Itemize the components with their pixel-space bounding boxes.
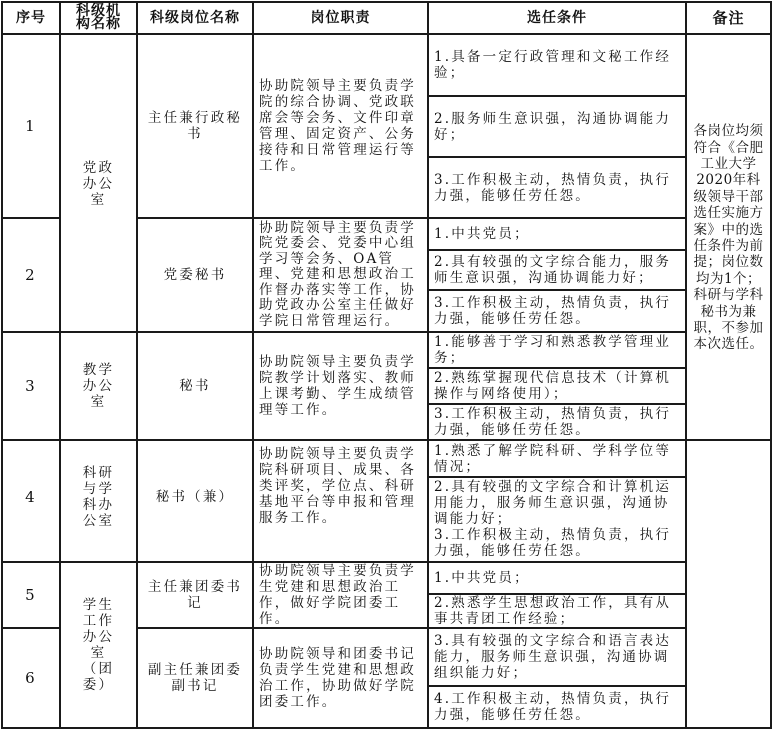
- row-3-condition-2: 2.熟练掌握现代信息技术（计算机操作与网络使用）；: [428, 368, 686, 404]
- header-seq: 序号: [2, 2, 60, 34]
- remarks-cell: 各岗位均须符合《合肥工业大学2020年科级领导干部选任实施方案》中的选任条件为前…: [686, 34, 771, 440]
- row-divider: [137, 627, 686, 629]
- condition-text: 2.熟悉学生思想政治工作，具有从事共青团工作经验；: [434, 595, 682, 627]
- row-6-condition-4: 4.工作积极主动，热情负责，执行力强，能够任劳任怨。: [428, 686, 686, 728]
- seq-number: 6: [25, 670, 37, 686]
- position-name: 秘书（兼）: [156, 489, 235, 505]
- header-duties: 岗位职责: [253, 2, 428, 34]
- condition-text: 1.熟悉了解学院科研、学科学位等情况；: [434, 443, 682, 475]
- condition-divider: [428, 156, 686, 158]
- row-4-position: 秘书（兼）: [137, 440, 253, 562]
- condition-text: 1.具备一定行政管理和文秘工作经验；: [434, 49, 682, 81]
- header-remarks: 备注: [686, 2, 771, 34]
- row-4-seq: 4: [2, 440, 60, 562]
- duties-text: 协助院领导主要负责学院科研项目、成果、各类评奖，学位点、科研基地平台等申报和管理…: [259, 446, 424, 526]
- position-name: 主任兼团委书记: [147, 579, 243, 611]
- row-divider: [137, 217, 428, 219]
- row-1-condition-3: 3.工作积极主动，热情负责，执行力强，能够任劳任怨。: [428, 157, 686, 218]
- row-2-condition-3: 3.工作积极主动，热情负责，执行力强，能够任劳任怨。: [428, 290, 686, 332]
- header-conditions-label: 选任条件: [527, 11, 587, 26]
- row-1-seq: 1: [2, 34, 60, 218]
- condition-text: 2.具有较强的文字综合能力，服务师生意识强，沟通协调能力好；: [434, 254, 682, 286]
- condition-divider: [428, 476, 686, 478]
- position-name: 秘书: [179, 378, 210, 394]
- condition-text: 3.具有较强的文字综合和语言表达能力，服务师生意识强，沟通协调组织能力好；: [434, 633, 682, 681]
- remarks-text: 各岗位均须符合《合肥工业大学2020年科级领导干部选任实施方案》中的选任条件为前…: [693, 123, 765, 353]
- col-divider: [685, 1, 687, 729]
- row-1-condition-1: 1.具备一定行政管理和文秘工作经验；: [428, 34, 686, 96]
- header-org: 科级机构名称: [60, 2, 137, 34]
- row-4-condition-1: 1.熟悉了解学院科研、学科学位等情况；: [428, 440, 686, 477]
- condition-text: 3.工作积极主动，热情负责，执行力强，能够任劳任怨。: [434, 527, 682, 559]
- row-1-condition-2: 2.服务师生意识强，沟通协调能力好；: [428, 96, 686, 157]
- header-position: 科级岗位名称: [137, 2, 253, 34]
- header-duties-label: 岗位职责: [311, 11, 371, 26]
- condition-text: 2.服务师生意识强，沟通协调能力好；: [434, 111, 682, 143]
- org-name: 教学办公室: [76, 362, 121, 410]
- org-party-office: 党政办公室: [60, 34, 137, 332]
- duties-text: 协助院领导主要负责学院的综合协调、党政联席会等会务、文件印章管理、固定资产、公务…: [259, 78, 424, 174]
- seq-number: 2: [25, 267, 37, 283]
- org-student-office: 学生工作办公室（团委）: [60, 562, 137, 728]
- condition-divider: [428, 95, 686, 97]
- row-1-duties: 协助院领导主要负责学院的综合协调、党政联席会等会务、文件印章管理、固定资产、公务…: [253, 34, 428, 218]
- table-border-right: [770, 1, 772, 729]
- condition-text: 3.工作积极主动，热情负责，执行力强，能够任劳任怨。: [434, 172, 682, 204]
- condition-text: 2.熟练掌握现代信息技术（计算机操作与网络使用）；: [434, 370, 682, 402]
- condition-divider: [428, 593, 686, 595]
- duties-text: 协助院领导和团委书记负责学生党建和思想政治工作，协助做好学院团委工作。: [259, 646, 424, 710]
- header-conditions: 选任条件: [428, 2, 686, 34]
- condition-text: 1.中共党员；: [434, 570, 682, 586]
- row-6-duties: 协助院领导和团委书记负责学生党建和思想政治工作，协助做好学院团委工作。: [253, 628, 428, 728]
- condition-text: 1.能够善于学习和熟悉教学管理业务；: [434, 334, 682, 366]
- seq-number: 5: [25, 587, 37, 603]
- row-3-condition-1: 1.能够善于学习和熟悉教学管理业务；: [428, 332, 686, 368]
- condition-divider: [428, 217, 686, 219]
- seq-number: 4: [25, 489, 37, 505]
- row-2-seq: 2: [2, 218, 60, 332]
- row-5-condition-1: 1.中共党员；: [428, 562, 686, 594]
- header-org-label: 科级机构名称: [74, 5, 123, 31]
- condition-divider: [428, 289, 686, 291]
- table-border-top: [2, 1, 772, 3]
- org-teaching-office: 教学办公室: [60, 332, 137, 440]
- col-divider: [427, 1, 429, 729]
- row-divider: [2, 331, 686, 333]
- header-position-label: 科级岗位名称: [150, 11, 240, 26]
- condition-divider: [428, 249, 686, 251]
- row-4-condition-2-3: 2.具有较强的文字综合和计算机运用能力，服务师生意识强，沟通协调能力好； 3.工…: [428, 477, 686, 562]
- row-5-position: 主任兼团委书记: [137, 562, 253, 628]
- position-name: 主任兼行政秘书: [147, 110, 243, 142]
- header-seq-label: 序号: [16, 11, 46, 26]
- condition-text: 3.工作积极主动，热情负责，执行力强，能够任劳任怨。: [434, 406, 682, 438]
- row-5-seq: 5: [2, 562, 60, 628]
- row-2-condition-2: 2.具有较强的文字综合能力，服务师生意识强，沟通协调能力好；: [428, 250, 686, 290]
- row-6-position: 副主任兼团委副书记: [137, 628, 253, 728]
- condition-divider: [428, 685, 686, 687]
- position-table: 序号 科级机构名称 科级岗位名称 岗位职责 选任条件 备注 1 2 3 4 5 …: [0, 0, 774, 731]
- row-3-position: 秘书: [137, 332, 253, 440]
- row-divider: [2, 217, 60, 219]
- org-name: 党政办公室: [76, 160, 121, 208]
- table-border-left: [1, 1, 3, 729]
- org-research-office: 科研与学科办公室: [60, 440, 137, 562]
- row-divider: [2, 627, 60, 629]
- row-3-duties: 协助院领导主要负责学院教学计划落实、教师上课考勤、学生成绩管理等工作。: [253, 332, 428, 440]
- position-name: 副主任兼团委副书记: [147, 662, 243, 694]
- duties-text: 协助院领导主要负责学院教学计划落实、教师上课考勤、学生成绩管理等工作。: [259, 354, 424, 418]
- table-border-bottom: [2, 727, 772, 729]
- row-divider: [2, 561, 686, 563]
- condition-text: 3.工作积极主动，热情负责，执行力强，能够任劳任怨。: [434, 295, 682, 327]
- condition-divider: [428, 367, 686, 369]
- row-5-duties: 协助院领导主要负责学生党建和思想政治工作，做好学院团委工作。: [253, 562, 428, 628]
- seq-number: 1: [25, 118, 37, 134]
- duties-text: 协助院领导主要负责学生党建和思想政治工作，做好学院团委工作。: [259, 563, 424, 627]
- position-name: 党委秘书: [164, 267, 227, 283]
- row-2-duties: 协助院领导主要负责学院党委会、党委中心组学习等会务、OA管理、党建和思想政治工作…: [253, 218, 428, 332]
- seq-number: 3: [25, 378, 37, 394]
- row-1-position: 主任兼行政秘书: [137, 34, 253, 218]
- row-6-condition-3: 3.具有较强的文字综合和语言表达能力，服务师生意识强，沟通协调组织能力好；: [428, 628, 686, 686]
- row-6-seq: 6: [2, 628, 60, 728]
- duties-text: 协助院领导主要负责学院党委会、党委中心组学习等会务、OA管理、党建和思想政治工作…: [259, 221, 424, 329]
- header-divider: [2, 33, 772, 35]
- row-3-seq: 3: [2, 332, 60, 440]
- condition-text: 4.工作积极主动，热情负责，执行力强，能够任劳任怨。: [434, 691, 682, 723]
- row-3-condition-3: 3.工作积极主动，热情负责，执行力强，能够任劳任怨。: [428, 404, 686, 440]
- row-5-condition-2: 2.熟悉学生思想政治工作，具有从事共青团工作经验；: [428, 594, 686, 628]
- org-name: 学生工作办公室（团委）: [76, 597, 121, 693]
- row-2-condition-1: 1.中共党员；: [428, 218, 686, 250]
- header-remarks-label: 备注: [712, 11, 744, 26]
- row-divider: [2, 439, 772, 441]
- row-4-duties: 协助院领导主要负责学院科研项目、成果、各类评奖，学位点、科研基地平台等申报和管理…: [253, 440, 428, 562]
- condition-divider: [428, 403, 686, 405]
- row-2-position: 党委秘书: [137, 218, 253, 332]
- org-name: 科研与学科办公室: [76, 465, 121, 529]
- condition-text: 1.中共党员；: [434, 226, 682, 242]
- col-divider: [252, 1, 254, 729]
- col-divider: [136, 1, 138, 729]
- col-divider: [59, 1, 61, 729]
- remarks-empty-cell: [686, 440, 771, 728]
- condition-text: 2.具有较强的文字综合和计算机运用能力，服务师生意识强，沟通协调能力好；: [434, 479, 682, 527]
